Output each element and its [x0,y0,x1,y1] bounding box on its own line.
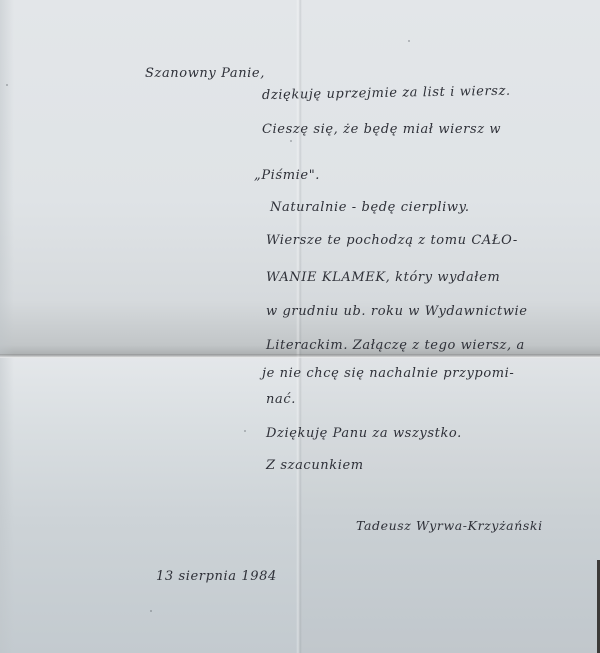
letter-date: 13 sierpnia 1984 [156,569,277,584]
body-line-11: Dziękuję Panu za wszystko. [266,426,462,441]
paper-speck [290,140,292,142]
body-line-4: Naturalnie - będę cierpliwy. [270,200,470,215]
horizontal-fold-line [0,354,600,358]
body-line-1: dziękuję uprzejmie za list i wiersz. [262,84,511,103]
paper-speck [408,40,410,42]
closing: Z szacunkiem [266,458,364,473]
body-line-10: nać. [266,392,296,407]
paper-speck [150,610,152,612]
signature: Tadeusz Wyrwa-Krzyżański [356,518,543,533]
paper-left-edge [0,0,14,653]
lower-right-panel-shade [298,358,600,653]
body-line-9: je nie chcę się nachalnie przypomi- [262,366,514,381]
salutation: Szanowny Panie, [145,66,265,81]
body-line-8: Literackim. Załączę z tego wiersz, a [266,338,525,353]
body-line-6: WANIE KLAMEK, który wydałem [266,270,500,285]
body-line-5: Wiersze te pochodzą z tomu CAŁO- [266,233,518,248]
body-line-2: Cieszę się, że będę miał wiersz w [262,122,501,137]
paper-speck [6,84,8,86]
body-line-3: „Piśmie". [254,168,320,183]
paper-speck [244,430,246,432]
letter-sheet: Szanowny Panie, dziękuję uprzejmie za li… [0,0,600,653]
body-line-7: w grudniu ub. roku w Wydawnictwie [266,304,528,319]
